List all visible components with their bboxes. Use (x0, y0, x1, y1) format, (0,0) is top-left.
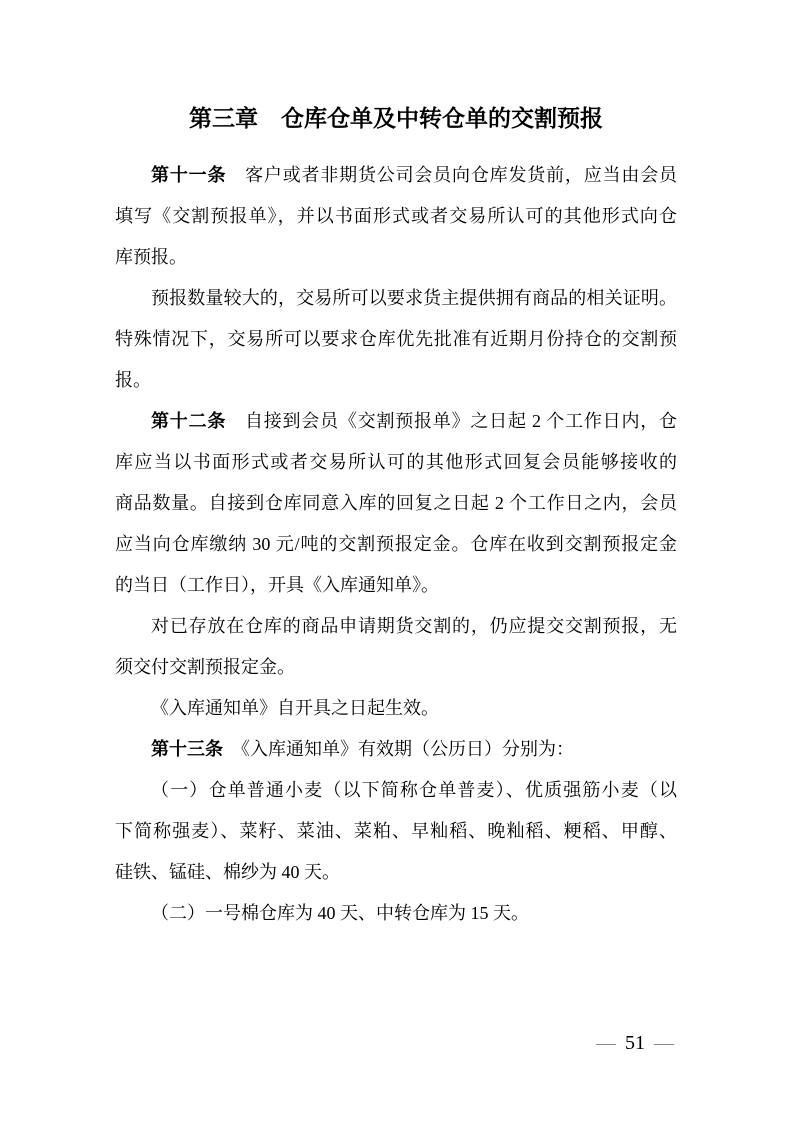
text-line: （二）一号棉仓库为 40 天、中转仓库为 15 天。 (115, 893, 677, 934)
page-number: —51— (596, 1031, 674, 1055)
text-line: 库应当以书面形式或者交易所认可的其他形式回复会员能够接收的 (115, 442, 677, 483)
document-content: 第三章 仓库仓单及中转仓单的交割预报 第十一条 客户或者非期货公司会员向仓库发货… (115, 98, 677, 934)
text-line: 应当向仓库缴纳 30 元/吨的交割预报定金。仓库在收到交割预报定金 (115, 524, 677, 565)
text-line: 报。 (115, 360, 677, 401)
text-line: 《入库通知单》自开具之日起生效。 (115, 688, 677, 729)
text-line: 对已存放在仓库的商品申请期货交割的，仍应提交交割预报，无 (115, 606, 677, 647)
article-number: 第十三条 (151, 739, 223, 759)
text-line: 第十一条 客户或者非期货公司会员向仓库发货前，应当由会员 (115, 155, 677, 196)
text-line: 特殊情况下，交易所可以要求仓库优先批准有近期月份持仓的交割预 (115, 319, 677, 360)
text-line: 预报数量较大的，交易所可以要求货主提供拥有商品的相关证明。 (115, 278, 677, 319)
text-line: 第十二条 自接到会员《交割预报单》之日起 2 个工作日内，仓 (115, 401, 677, 442)
article-number: 第十一条 (151, 165, 226, 185)
page-number-right-dash: — (654, 1032, 674, 1054)
text-line: 下简称强麦）、菜籽、菜油、菜粕、早籼稻、晚籼稻、粳稻、甲醇、 (115, 811, 677, 852)
text-line: 硅铁、锰硅、棉纱为 40 天。 (115, 852, 677, 893)
text-line: 库预报。 (115, 237, 677, 278)
chapter-title: 第三章 仓库仓单及中转仓单的交割预报 (115, 98, 677, 139)
text-line: 商品数量。自接到仓库同意入库的回复之日起 2 个工作日之内，会员 (115, 483, 677, 524)
document-body: 第十一条 客户或者非期货公司会员向仓库发货前，应当由会员填写《交割预报单》，并以… (115, 155, 677, 934)
text-line: 填写《交割预报单》，并以书面形式或者交易所认可的其他形式向仓 (115, 196, 677, 237)
text-line: 须交付交割预报定金。 (115, 647, 677, 688)
text-line: 第十三条 《入库通知单》有效期（公历日）分别为： (115, 729, 677, 770)
text-line: 的当日（工作日），开具《入库通知单》。 (115, 565, 677, 606)
article-number: 第十二条 (151, 411, 226, 431)
document-page: 第三章 仓库仓单及中转仓单的交割预报 第十一条 客户或者非期货公司会员向仓库发货… (0, 0, 793, 1122)
text-line: （一）仓单普通小麦（以下简称仓单普麦）、优质强筋小麦（以 (115, 770, 677, 811)
page-number-left-dash: — (596, 1032, 616, 1054)
page-number-value: 51 (616, 1032, 654, 1054)
